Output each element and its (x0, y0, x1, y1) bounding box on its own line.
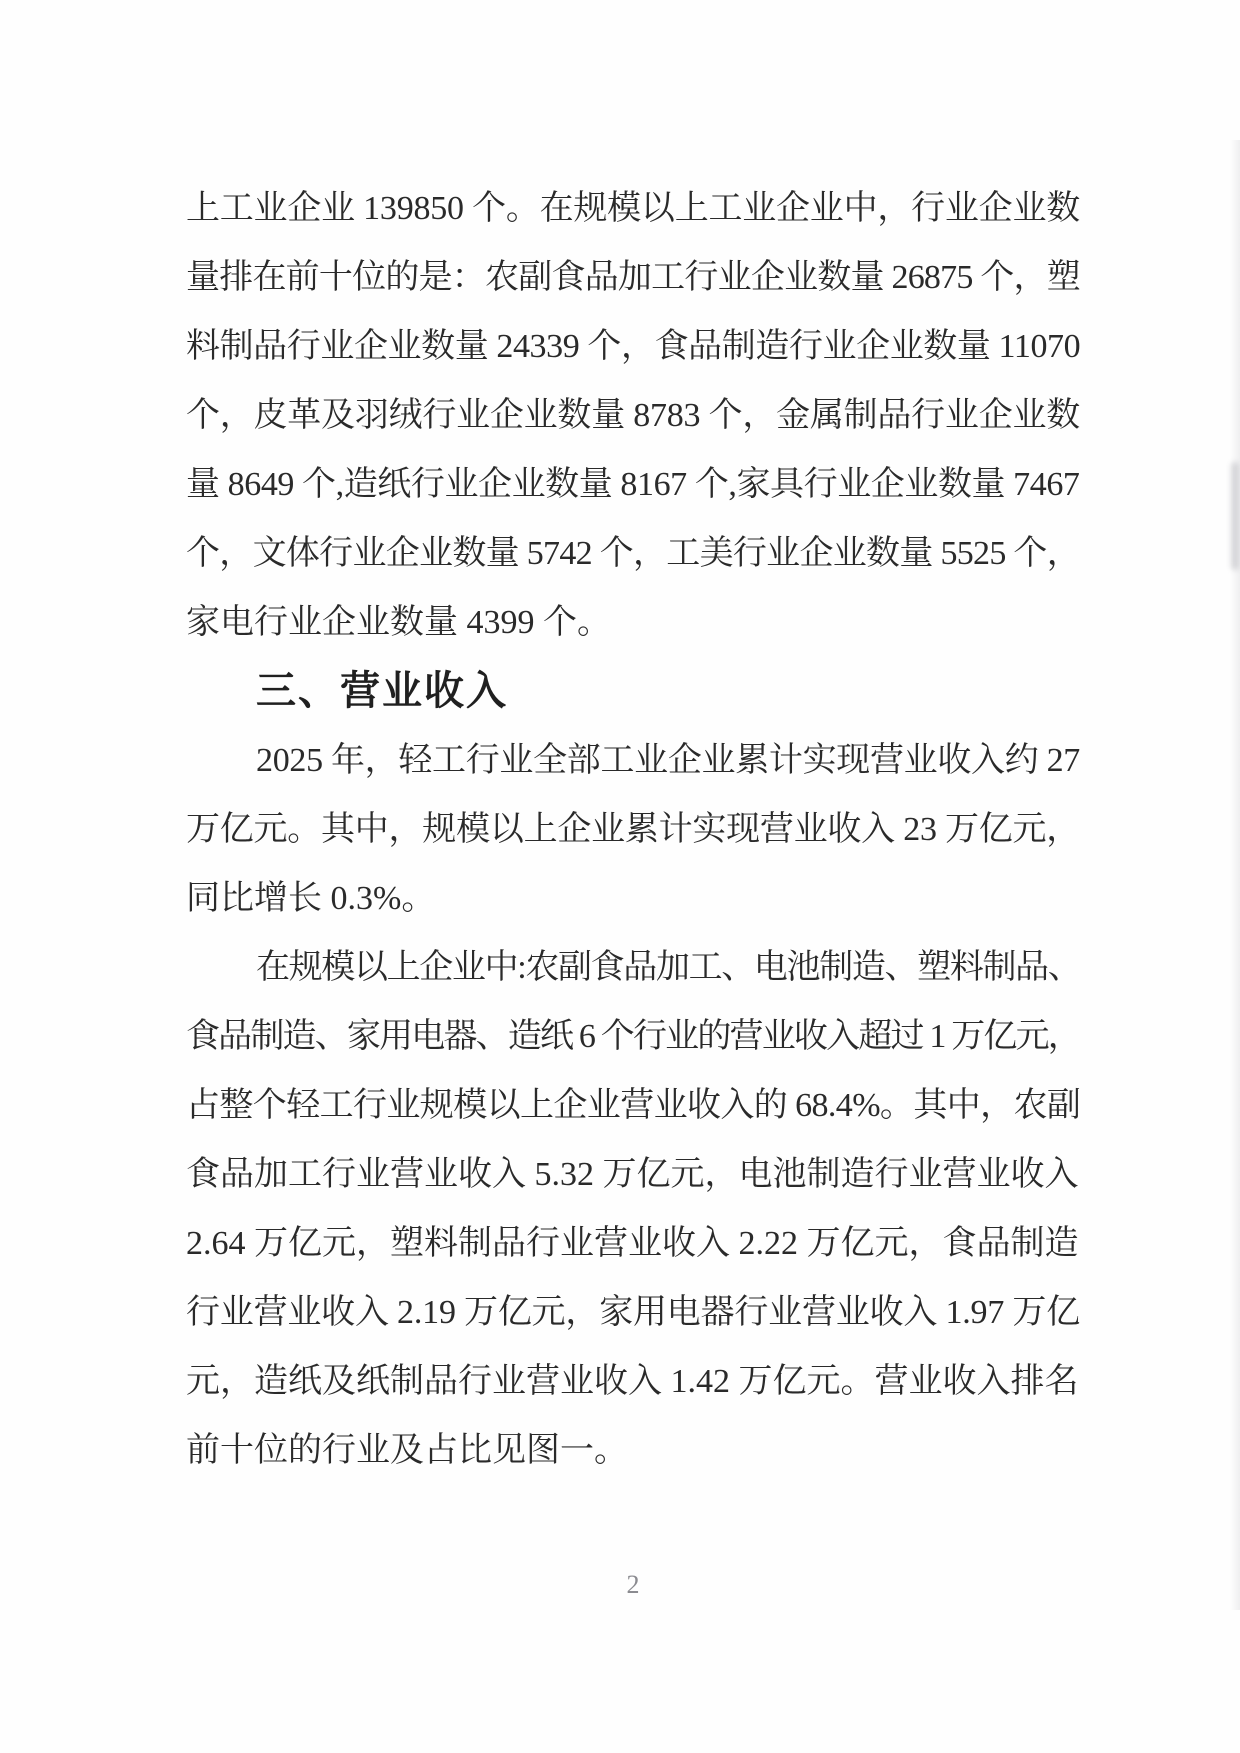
section-heading: 三、营业收入 (186, 657, 1080, 726)
paragraph-line: 食品加工行业营业收入 5.32 万亿元，电池制造行业营业收入 (186, 1140, 1080, 1209)
page-number: 2 (186, 1570, 1080, 1600)
paragraph-line: 2.64 万亿元，塑料制品行业营业收入 2.22 万亿元，食品制造 (186, 1209, 1080, 1278)
paragraph-line: 量 8649 个,造纸行业企业数量 8167 个,家具行业企业数量 7467 (186, 450, 1080, 519)
paragraph-line: 占整个轻工行业规模以上企业营业收入的 68.4%。其中，农副 (186, 1071, 1080, 1140)
paragraph-line: 上工业企业 139850 个。在规模以上工业企业中，行业企业数 (186, 174, 1080, 243)
paragraph-line: 料制品行业企业数量 24339 个，食品制造行业企业数量 11070 (186, 312, 1080, 381)
paragraph-line: 万亿元。其中，规模以上企业累计实现营业收入 23 万亿元， (186, 795, 1080, 864)
paragraph-line: 家电行业企业数量 4399 个。 (186, 588, 1080, 657)
paragraph-line: 行业营业收入 2.19 万亿元，家用电器行业营业收入 1.97 万亿 (186, 1278, 1080, 1347)
paragraph-line: 个，文体行业企业数量 5742 个，工美行业企业数量 5525 个， (186, 519, 1080, 588)
paragraph-line: 元，造纸及纸制品行业营业收入 1.42 万亿元。营业收入排名 (186, 1347, 1080, 1416)
paragraph-line: 2025 年，轻工行业全部工业企业累计实现营业收入约 27 (186, 726, 1080, 795)
paragraph-line: 前十位的行业及占比见图一。 (186, 1416, 1080, 1485)
paragraph-line: 食品制造、家用电器、造纸 6 个行业的营业收入超过 1 万亿元， (186, 1002, 1080, 1071)
scan-edge-shadow (1230, 140, 1240, 1610)
text-column: 上工业企业 139850 个。在规模以上工业企业中，行业企业数 量排在前十位的是… (186, 174, 1080, 1485)
paragraph-line: 个，皮革及羽绒行业企业数量 8783 个，金属制品行业企业数 (186, 381, 1080, 450)
paragraph-line: 量排在前十位的是：农副食品加工行业企业数量 26875 个，塑 (186, 243, 1080, 312)
document-page: 上工业企业 139850 个。在规模以上工业企业中，行业企业数 量排在前十位的是… (0, 0, 1240, 1753)
paragraph-line: 同比增长 0.3%。 (186, 864, 1080, 933)
paragraph-line: 在规模以上企业中:农副食品加工、电池制造、塑料制品、 (186, 933, 1080, 1002)
scan-smudge-artifact (1231, 462, 1239, 570)
